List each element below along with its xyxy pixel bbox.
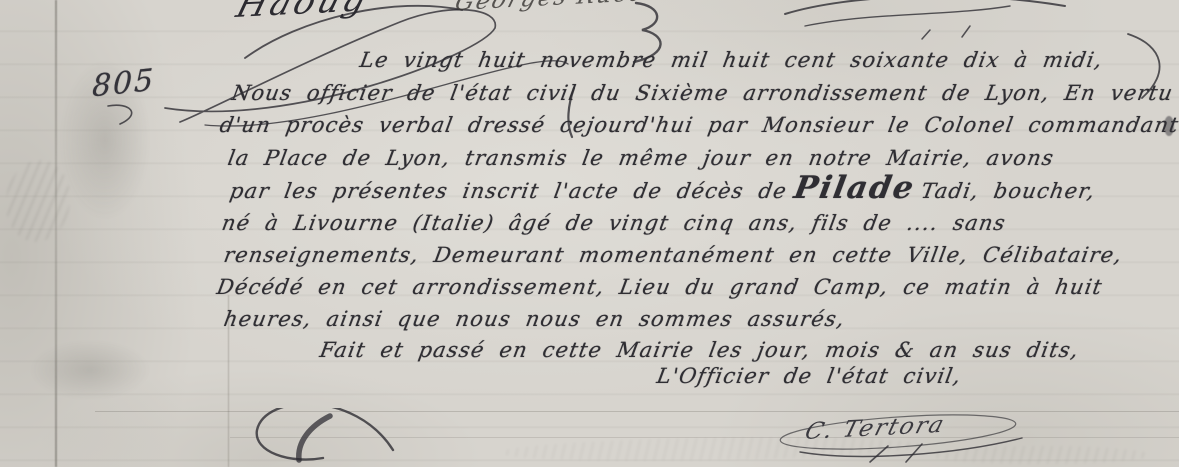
previous-act-signature-right-flourish: [780, 0, 1080, 40]
act-line-02: Nous officier de l'état civil du Sixième…: [230, 81, 1175, 105]
act-line-05: par les présentes inscrit l'acte de décè…: [228, 176, 1098, 203]
act-line-09: heures, ainsi que nous nous en sommes as…: [222, 307, 847, 331]
act-line-04: la Place de Lyon, transmis le même jour …: [226, 146, 1056, 170]
act-line-01: Le vingt huit novembre mil huit cent soi…: [358, 48, 1105, 72]
act-line-05-after: Tadi, boucher,: [919, 179, 1097, 203]
ink-bleedthrough-smudge: [30, 340, 150, 400]
act-line-07: renseignements, Demeurant momentanément …: [222, 243, 1124, 267]
act-number-flourish: [100, 100, 150, 128]
act-line-08: Décédé en cet arrondissement, Lieu du gr…: [215, 275, 1105, 299]
act-line-05-before: par les présentes inscrit l'acte de décè…: [228, 179, 789, 203]
deceased-name: Pilade: [791, 170, 918, 206]
document-scan: Haoug Georges Ruet 805 Le vingt huit nov…: [0, 0, 1179, 467]
act-line-06: né à Livourne (Italie) âgé de vingt cinq…: [220, 211, 1008, 235]
act-line-11: L'Officier de l'état civil,: [655, 364, 963, 388]
act-line-03: d'un procès verbal dressé cejourd'hui pa…: [218, 113, 1179, 137]
act-line-10: Fait et passé en cette Mairie les jour, …: [318, 338, 1081, 362]
act-number: 805: [92, 63, 156, 105]
next-act-initial-flourish: [235, 408, 405, 467]
